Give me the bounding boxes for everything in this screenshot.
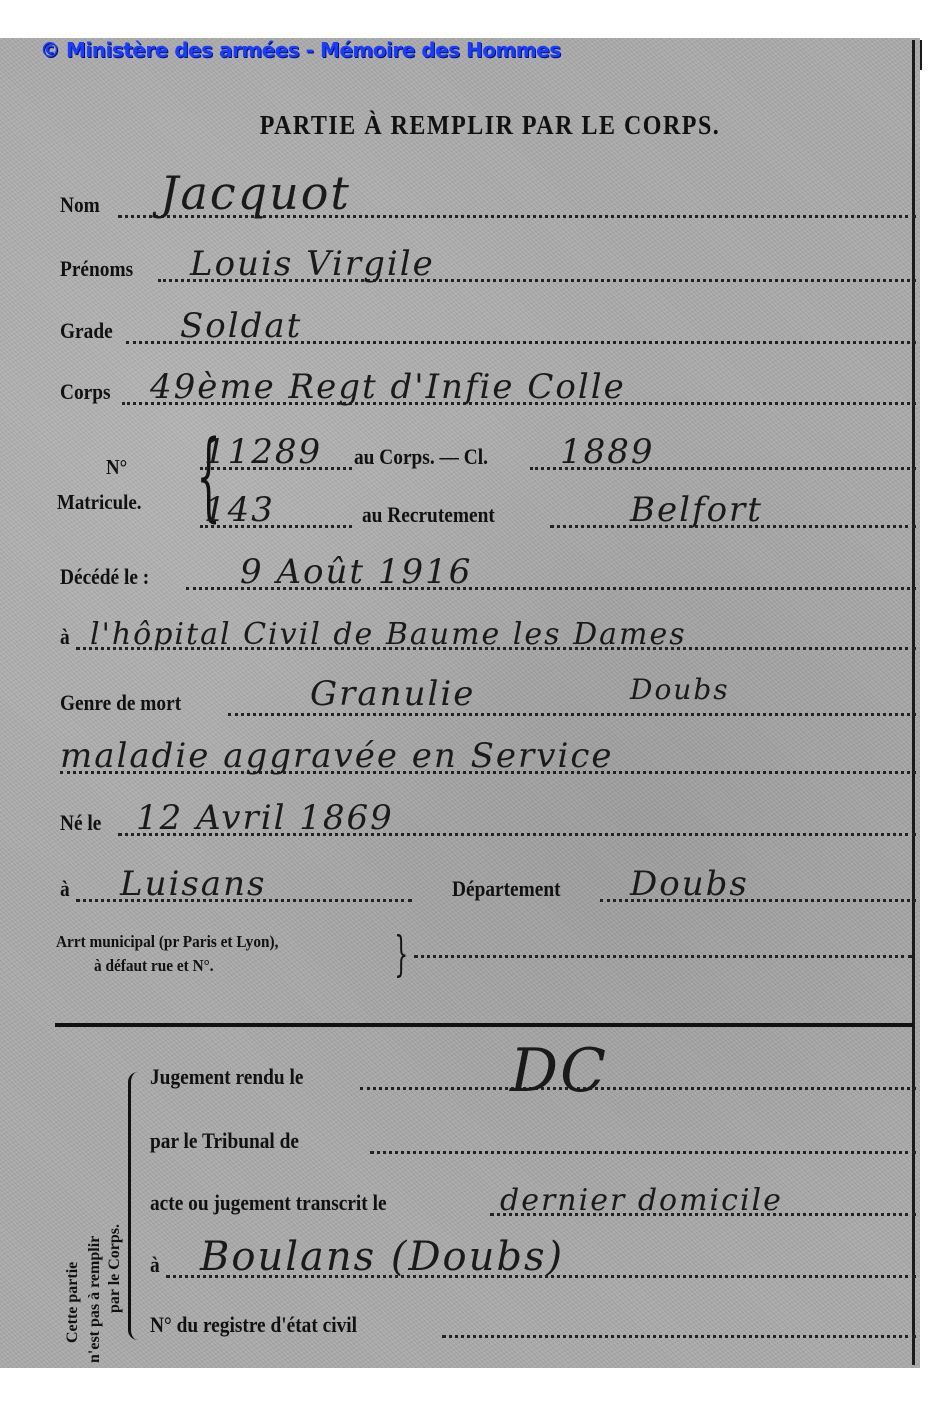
arrondissement-label-line1: Arrt municipal (pr Paris et Lyon),	[56, 932, 278, 952]
genre-mort-value: Granulie	[310, 674, 475, 714]
lieu-deces-label: à	[60, 624, 70, 650]
field-ne-le: Né le 12 Avril 1869	[60, 808, 916, 842]
matricule-label: Matricule.	[57, 490, 141, 515]
field-registre: N° du registre d'état civil	[150, 1310, 916, 1344]
lieu-deces-value: l'hôpital Civil de Baume les Dames	[90, 617, 687, 652]
copyright-watermark: © Ministère des armées - Mémoire des Hom…	[40, 38, 561, 62]
field-matricule-corps: 11289 au Corps. — Cl. 1889	[200, 442, 916, 476]
registre-label: N° du registre d'état civil	[150, 1312, 357, 1338]
arrondissement-dotted-line	[414, 955, 912, 958]
field-lieu-naissance: à Luisans Département Doubs	[60, 874, 916, 908]
field-lieu-transcription: à Boulans (Doubs)	[150, 1250, 916, 1284]
grade-value: Soldat	[180, 306, 302, 346]
prenoms-label: Prénoms	[60, 256, 133, 282]
field-acte-transcrit: acte ou jugement transcrit le dernier do…	[150, 1188, 916, 1222]
ne-le-value: 12 Avril 1869	[136, 798, 394, 838]
acte-transcrit-label: acte ou jugement transcrit le	[150, 1190, 387, 1216]
matricule-no-label: N°	[106, 455, 127, 480]
recrutement-place: Belfort	[630, 490, 763, 530]
ne-le-label: Né le	[60, 810, 101, 836]
field-prenoms: Prénoms Louis Virgile	[60, 254, 916, 288]
nom-value: Jacquot	[160, 166, 351, 220]
acte-transcrit-value: dernier domicile	[500, 1183, 783, 1218]
tribunal-label: par le Tribunal de	[150, 1128, 299, 1154]
side-note-line2: n'est pas à remplir	[86, 1236, 104, 1363]
au-corps-label: au Corps. — Cl.	[354, 444, 488, 470]
field-tribunal: par le Tribunal de	[150, 1126, 916, 1160]
lieu-transcription-label: à	[150, 1252, 160, 1278]
field-jugement-rendu: Jugement rendu le DC	[150, 1062, 916, 1096]
page-edge-line	[920, 40, 922, 70]
prenoms-value: Louis Virgile	[190, 244, 435, 284]
lieu-deces-dept: Doubs	[630, 673, 730, 706]
field-matricule-recrutement: 143 au Recrutement Belfort	[200, 500, 916, 534]
corps-value: 49ème Regt d'Infie Colle	[150, 367, 626, 407]
jugement-rendu-label: Jugement rendu le	[150, 1064, 303, 1090]
dotted-line	[200, 525, 352, 528]
dotted-line	[360, 1087, 916, 1090]
field-genre-mort-line2: maladie aggravée en Service	[60, 746, 916, 780]
field-decede: Décédé le : 9 Août 1916	[60, 562, 916, 596]
dotted-line	[200, 467, 352, 470]
dotted-line	[442, 1335, 916, 1338]
form-title: PARTIE À REMPLIR PAR LE CORPS.	[0, 111, 944, 142]
au-recrutement-label: au Recrutement	[362, 502, 495, 528]
side-note-line1: Cette partie	[64, 1262, 82, 1343]
departement-label: Département	[452, 876, 561, 902]
corps-label: Corps	[60, 379, 111, 405]
field-grade: Grade Soldat	[60, 316, 916, 350]
decede-value: 9 Août 1916	[240, 552, 472, 592]
brace: }	[394, 930, 408, 978]
matricule-corps-value: 11289	[204, 432, 322, 472]
field-nom: Nom Jacquot	[60, 190, 916, 224]
jugement-rendu-value: DC	[510, 1036, 608, 1106]
section-divider	[55, 1023, 913, 1027]
decede-label: Décédé le :	[60, 564, 149, 590]
departement-value: Doubs	[630, 864, 749, 904]
genre-mort-value-line2: maladie aggravée en Service	[60, 736, 614, 776]
field-corps: Corps 49ème Regt d'Infie Colle	[60, 377, 916, 411]
side-note-line3: par le Corps.	[106, 1224, 124, 1313]
grade-label: Grade	[60, 318, 113, 344]
field-lieu-deces: à l'hôpital Civil de Baume les Dames	[60, 622, 916, 656]
dotted-line	[370, 1151, 916, 1154]
recrutement-value: 143	[204, 490, 275, 530]
classe-value: 1889	[560, 432, 655, 472]
lieu-naissance-value: Luisans	[120, 864, 266, 904]
genre-mort-label: Genre de mort	[60, 690, 181, 716]
field-genre-mort: Genre de mort Granulie Doubs	[60, 688, 916, 722]
civil-section-brace	[128, 1072, 141, 1340]
nom-label: Nom	[60, 192, 100, 218]
lieu-naissance-label: à	[60, 876, 70, 902]
arrondissement-label-line2: à défaut rue et N°.	[94, 956, 214, 976]
lieu-transcription-value: Boulans (Doubs)	[200, 1234, 564, 1280]
